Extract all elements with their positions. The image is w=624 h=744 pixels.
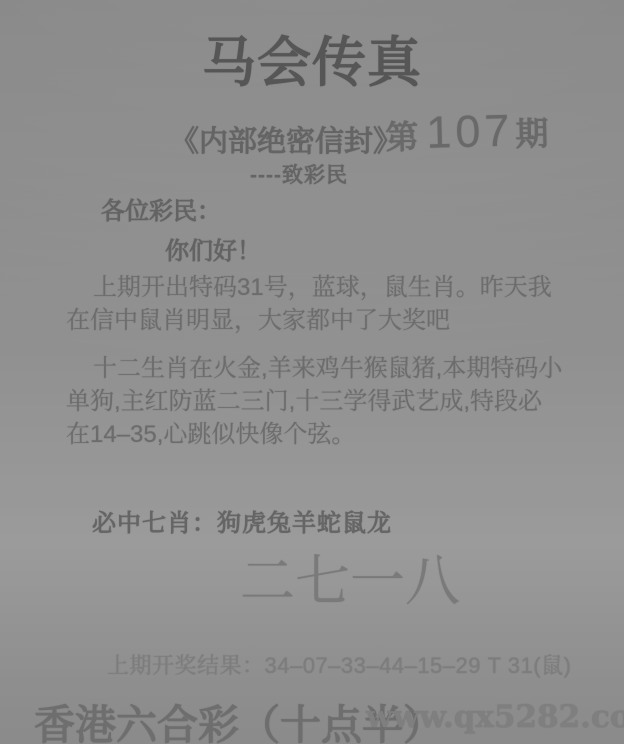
- big-number-prediction: 二七一八: [240, 546, 460, 616]
- last-draw-result: 上期开奖结果：34–07–33–44–15–29 T 31(鼠): [107, 649, 571, 680]
- fax-sheet: 马会传真 《内部绝密信封》 第 107 期 ----致彩民 各位彩民： 你们好！…: [0, 0, 624, 744]
- dedication-line: ----致彩民: [250, 159, 348, 189]
- letter-paragraph-1: 上期开出特码31号，蓝球，鼠生肖。昨天我 在信中鼠肖明显，大家都中了大奖吧: [66, 271, 578, 337]
- salutation: 各位彩民：: [101, 191, 221, 226]
- issue-number: 107: [426, 105, 514, 159]
- letter-line: 在信中鼠肖明显，大家都中了大奖吧: [66, 304, 578, 337]
- seven-zodiac-prediction: 必中七肖：狗虎兔羊蛇鼠龙: [92, 503, 392, 538]
- letter-line: 在14–35,心跳似快像个弦。: [66, 418, 578, 451]
- letter-paragraph-2: 十二生肖在火金,羊来鸡牛猴鼠猪,本期特码小 单狗,主红防蓝二三门,十三学得武艺成…: [66, 352, 578, 451]
- letter-line: 单狗,主红防蓝二三门,十三学得武艺成,特段必: [66, 385, 578, 418]
- masthead-title: 马会传真: [0, 30, 624, 94]
- greeting: 你们好！: [165, 231, 261, 266]
- issue-suffix: 期: [515, 108, 549, 156]
- issue-badge: 第 107 期: [385, 104, 549, 160]
- envelope-label: 《内部绝密信封》: [170, 119, 402, 160]
- letter-line: 十二生肖在火金,羊来鸡牛猴鼠猪,本期特码小: [66, 352, 578, 385]
- issue-prefix: 第: [385, 111, 419, 159]
- letter-line: 上期开出特码31号，蓝球，鼠生肖。昨天我: [66, 271, 578, 304]
- site-watermark: www.qx5282.com: [366, 699, 624, 735]
